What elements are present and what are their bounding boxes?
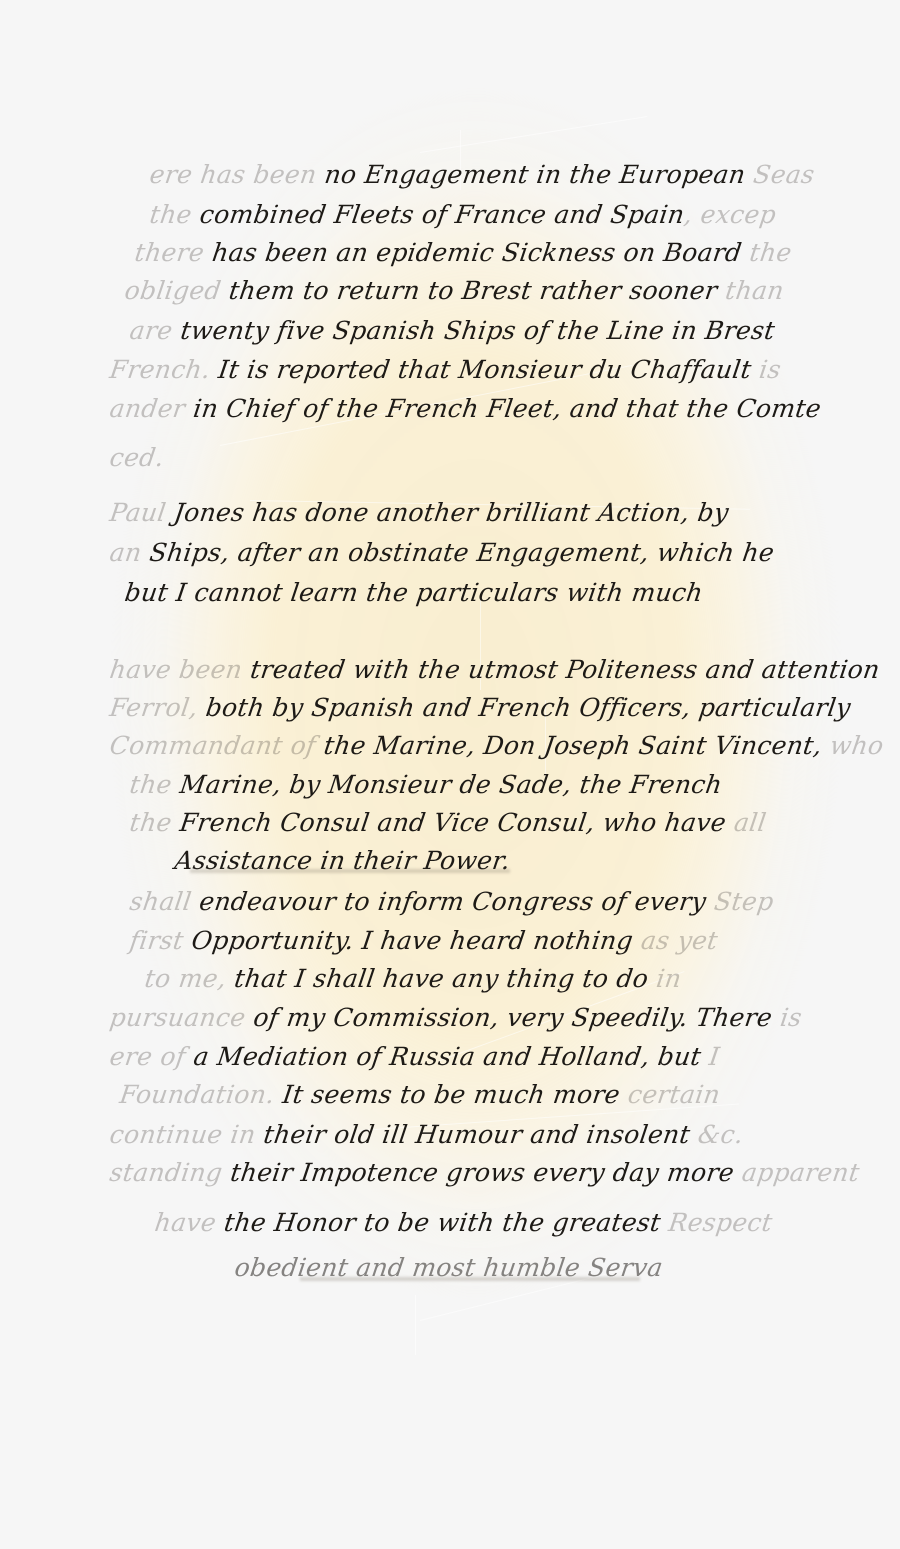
- letter-line: to me, that I shall have any thing to do…: [143, 964, 683, 993]
- letter-line: there has been an epidemic Sickness on B…: [133, 238, 794, 267]
- letter-line: an Ships, after an obstinate Engagement,…: [108, 538, 776, 567]
- letter-line: the Marine, by Monsieur de Sade, the Fre…: [128, 770, 724, 799]
- letter-line: ced.: [108, 443, 166, 472]
- letter-line: obliged them to return to Brest rather s…: [123, 276, 786, 305]
- letter-line: but I cannot learn the particulars with …: [123, 578, 705, 607]
- ink-smudge: [300, 1276, 640, 1282]
- letter-line: Foundation. It seems to be much more cer…: [118, 1080, 722, 1109]
- letter-line: first Opportunity. I have heard nothing …: [128, 926, 720, 955]
- letter-line: the combined Fleets of France and Spain,…: [148, 200, 778, 229]
- ink-smudge: [190, 868, 510, 874]
- letter-line: the French Consul and Vice Consul, who h…: [128, 808, 768, 837]
- letter-text: ere has been no Engagement in the Europe…: [0, 0, 900, 1549]
- letter-line: shall endeavour to inform Congress of ev…: [128, 887, 776, 916]
- letter-line: ander in Chief of the French Fleet, and …: [108, 394, 823, 423]
- letter-line: have been treated with the utmost Polite…: [108, 655, 882, 684]
- letter-line: continue in their old ill Humour and ins…: [108, 1120, 745, 1149]
- letter-line: French. It is reported that Monsieur du …: [108, 355, 783, 384]
- letter-line: Paul Jones has done another brilliant Ac…: [108, 498, 731, 527]
- letter-line: have the Honor to be with the greatest R…: [153, 1208, 774, 1237]
- letter-line: ere has been no Engagement in the Europe…: [148, 160, 817, 189]
- letter-line: standing their Impotence grows every day…: [108, 1158, 861, 1187]
- letter-line: pursuance of my Commission, very Speedil…: [108, 1003, 804, 1032]
- document-page: ere has been no Engagement in the Europe…: [0, 0, 900, 1549]
- letter-line: ere of a Mediation of Russia and Holland…: [108, 1042, 722, 1071]
- letter-line: Commandant of the Marine, Don Joseph Sai…: [108, 731, 886, 760]
- letter-line: are twenty five Spanish Ships of the Lin…: [128, 316, 777, 345]
- letter-line: Ferrol, both by Spanish and French Offic…: [108, 693, 853, 722]
